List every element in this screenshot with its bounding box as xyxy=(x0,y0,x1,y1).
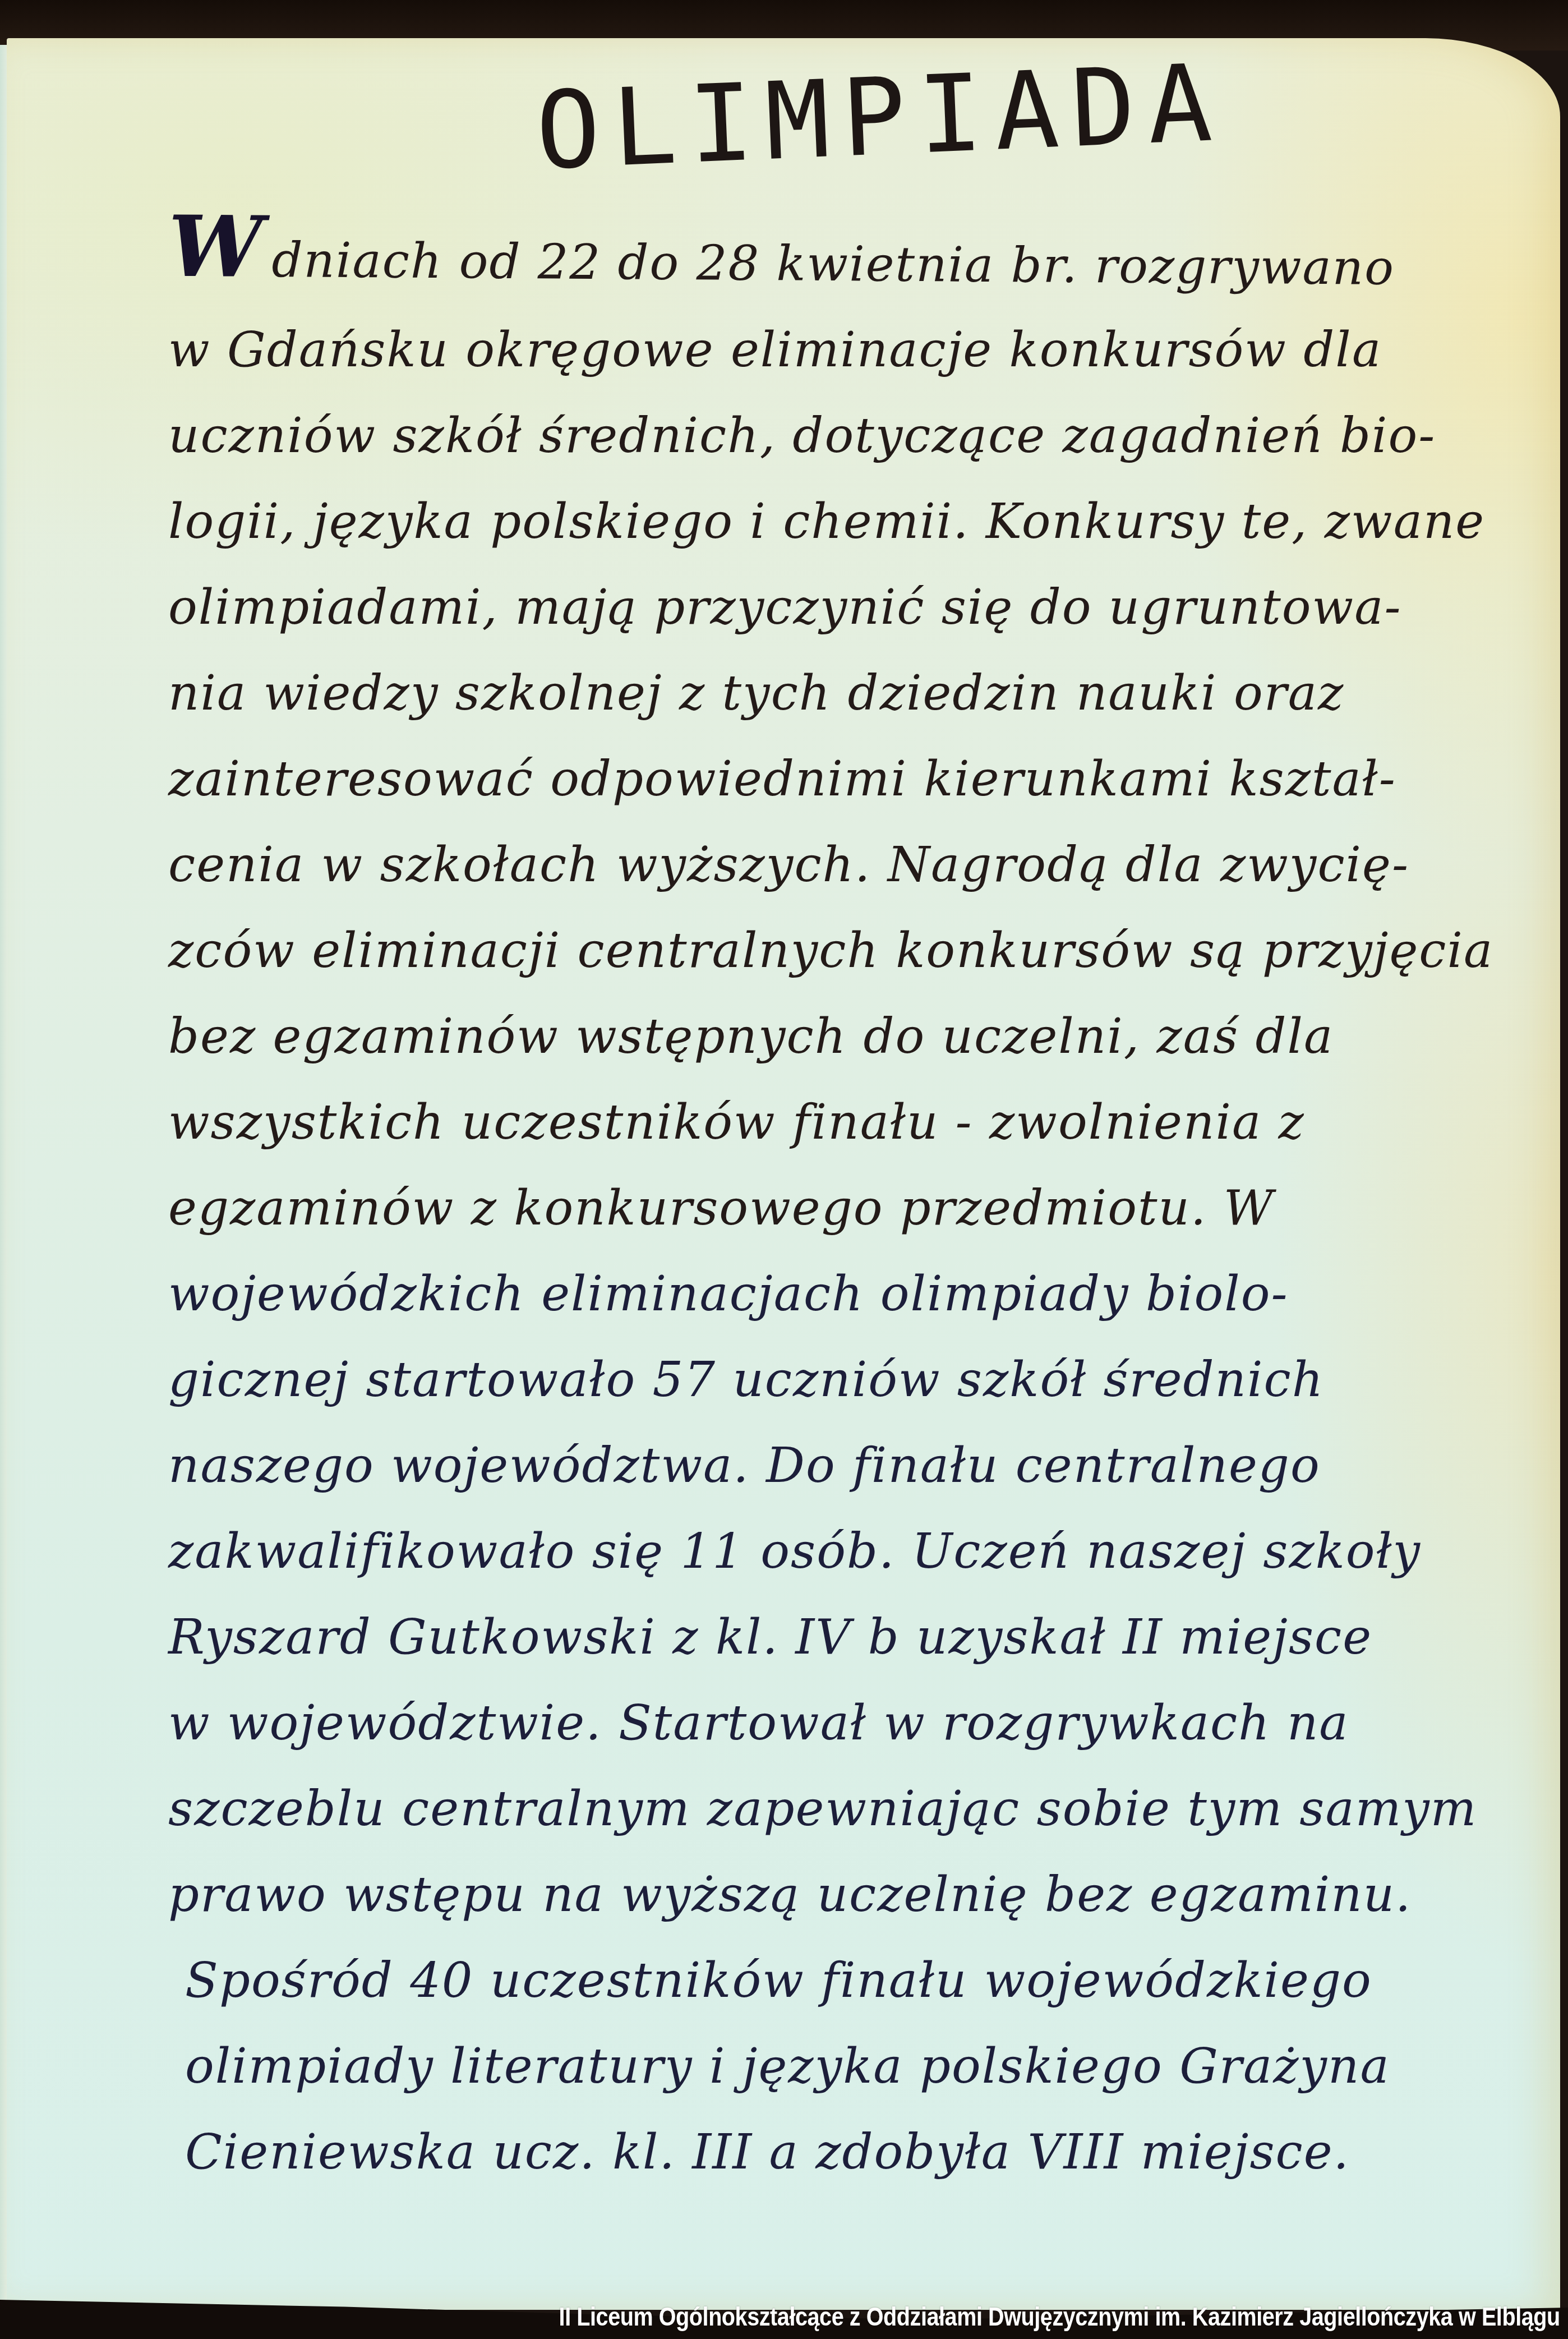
page-title: OLIMPIADA xyxy=(534,53,1155,185)
text-line-7: zainteresować odpowiednimi kierunkami ks… xyxy=(168,736,1497,822)
text-line-21: Spośród 40 uczestników finału wojewódzki… xyxy=(168,1938,1497,2024)
text-line-8: cenia w szkołach wyższych. Nagrodą dla z… xyxy=(168,822,1497,908)
text-line-11: wszystkich uczestników finału - zwolnien… xyxy=(168,1080,1497,1166)
text-line-17: Ryszard Gutkowski z kl. IV b uzyskał II … xyxy=(168,1595,1497,1680)
text-line-19: szczeblu centralnym zapewniając sobie ty… xyxy=(168,1766,1497,1852)
text-line-9: zców eliminacji centralnych konkursów są… xyxy=(168,908,1497,994)
school-watermark: II Liceum Ogólnokształcące z Oddziałami … xyxy=(559,2301,1560,2332)
text-line-2: w Gdańsku okręgowe eliminacje konkursów … xyxy=(168,307,1497,393)
text-line-5: olimpiadami, mają przyczynić się do ugru… xyxy=(168,565,1497,651)
text-line-20: prawo wstępu na wyższą uczelnię bez egza… xyxy=(168,1852,1497,1938)
text-line-6: nia wiedzy szkolnej z tych dziedzin nauk… xyxy=(168,651,1497,736)
text-line-13: wojewódzkich eliminacjach olimpiady biol… xyxy=(168,1251,1497,1337)
text-line-1: Wdniach od 22 do 28 kwietnia br. rozgryw… xyxy=(168,217,1497,312)
text-line-3: uczniów szkół średnich, dotyczące zagadn… xyxy=(168,393,1497,479)
drop-cap-letter: W xyxy=(168,197,265,297)
text-line-22: olimpiady literatury i języka polskiego … xyxy=(168,2024,1497,2110)
text-line-14: gicznej startowało 57 uczniów szkół śred… xyxy=(168,1337,1497,1423)
text-line-4: logii, języka polskiego i chemii. Konkur… xyxy=(168,479,1497,565)
text-line-10: bez egzaminów wstępnych do uczelni, zaś … xyxy=(168,994,1497,1080)
text-line-15: naszego województwa. Do finału centralne… xyxy=(168,1423,1497,1509)
text-line-23: Cieniewska ucz. kl. III a zdobyła VIII m… xyxy=(168,2110,1497,2195)
handwritten-body: Wdniach od 22 do 28 kwietnia br. rozgryw… xyxy=(168,222,1497,2195)
text-line-12: egzaminów z konkursowego przedmiotu. W xyxy=(168,1166,1497,1251)
scanned-page-photo: OLIMPIADA Wdniach od 22 do 28 kwietnia b… xyxy=(0,0,1568,2339)
text-line-18: w województwie. Startował w rozgrywkach … xyxy=(168,1680,1497,1766)
text-line-16: zakwalifikowało się 11 osób. Uczeń nasze… xyxy=(168,1509,1497,1595)
